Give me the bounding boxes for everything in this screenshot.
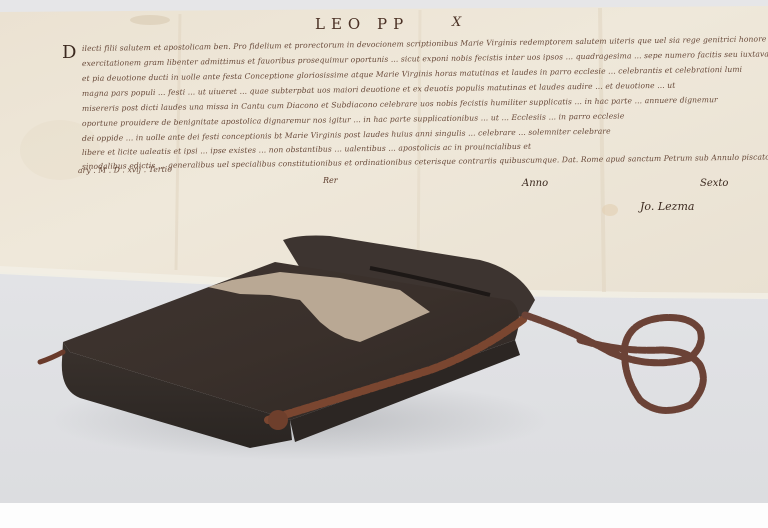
photograph: LEO PP X D ilecti filii salutem et apost… — [0, 0, 768, 503]
bottom-margin — [0, 503, 768, 528]
cord-knot — [268, 410, 288, 430]
leather-pouch-group — [0, 0, 768, 503]
braided-cord-loop — [525, 315, 703, 410]
